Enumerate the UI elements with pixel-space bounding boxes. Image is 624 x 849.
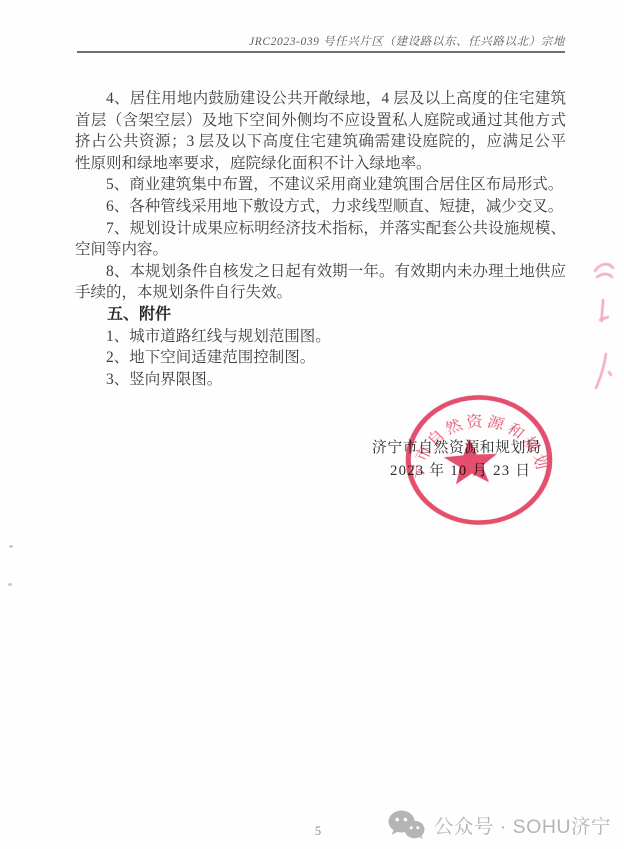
paragraph-item-6: 6、各种管线采用地下敷设方式，力求线型顺直、短捷，减少交叉。 (75, 196, 566, 218)
scan-speck (9, 545, 13, 548)
official-seal-stamp: 济宁市自然资源和规划局 (385, 377, 574, 544)
section-heading-attachments: 五、附件 (75, 304, 566, 326)
ink-bleed-marks (588, 250, 620, 400)
star-icon (442, 437, 499, 485)
header-divider (77, 51, 565, 53)
wechat-icon (388, 810, 425, 840)
paragraph-item-8: 8、本规划条件自核发之日起有效期一年。有效期内未办理土地供应手续的，本规划条件自… (75, 261, 566, 304)
watermark: 公众号 · SOHU济宁 (388, 808, 611, 842)
scan-speck (8, 583, 12, 586)
paragraph-item-4: 4、居住用地内鼓励建设公共开敞绿地，4 层及以上高度的住宅建筑首层（含架空层）及… (75, 88, 566, 174)
document-page: JRC2023-039 号任兴片区（建设路以东、任兴路以北）宗地 4、居住用地内… (0, 0, 624, 849)
attachment-item-1: 1、城市道路红线与规划范围图。 (75, 326, 566, 348)
page-number: 5 (306, 824, 330, 839)
attachment-item-2: 2、地下空间适建范围控制图。 (75, 347, 566, 369)
watermark-text: 公众号 · SOHU济宁 (434, 811, 611, 839)
document-body: 4、居住用地内鼓励建设公共开敞绿地，4 层及以上高度的住宅建筑首层（含架空层）及… (75, 88, 566, 390)
document-reference: JRC2023-039 号任兴片区（建设路以东、任兴路以北）宗地 (249, 33, 565, 49)
paragraph-item-7: 7、规划设计成果应标明经济技术指标，并落实配套公共设施规模、空间等内容。 (75, 218, 566, 261)
paragraph-item-5: 5、商业建筑集中布置，不建议采用商业建筑围合居住区布局形式。 (75, 174, 566, 196)
